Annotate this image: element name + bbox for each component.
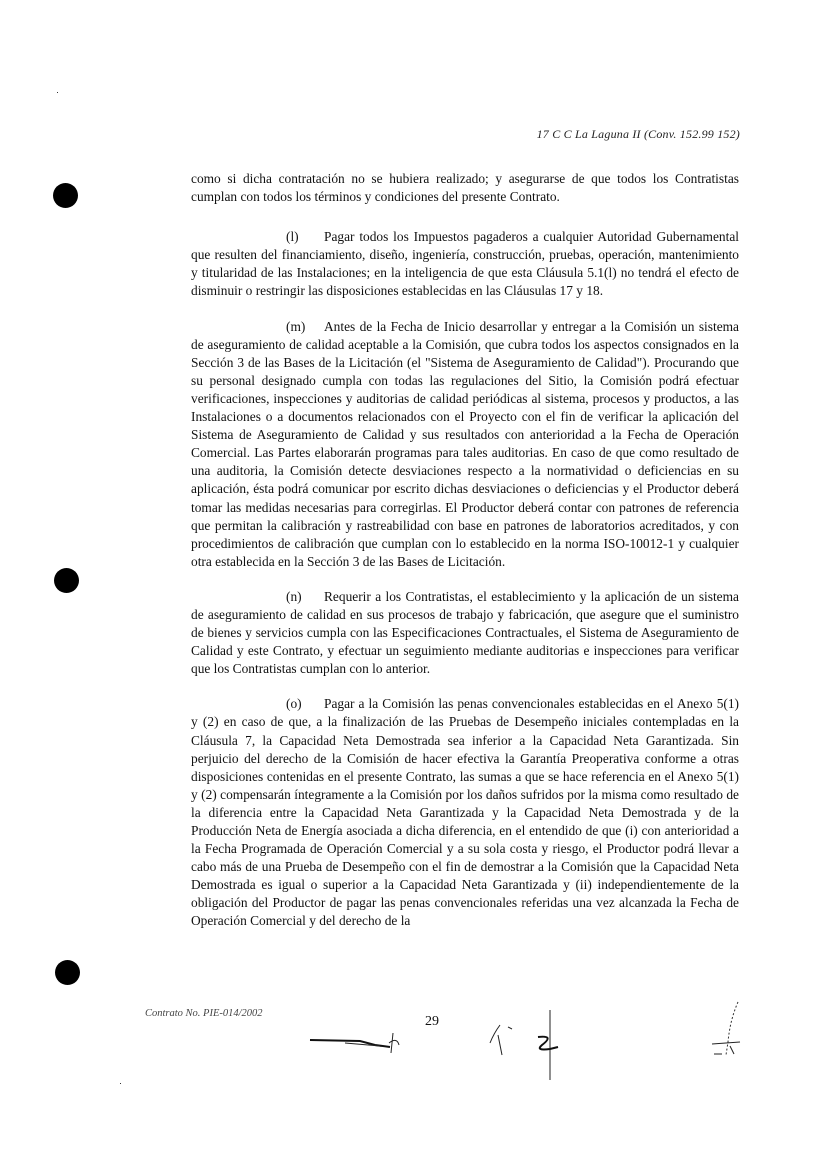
clause-text: Pagar todos los Impuestos pagaderos a cu… (191, 229, 739, 298)
signature-1 (305, 1025, 405, 1060)
signature-3 (700, 1000, 750, 1060)
paragraph-text: como si dicha contratación no se hubiera… (191, 171, 739, 204)
clause-text: Requerir a los Contratistas, el establec… (191, 589, 739, 676)
punch-hole-top (53, 183, 78, 208)
clause-item-m: (m)Antes de la Fecha de Inicio desarroll… (191, 318, 739, 571)
signature-2 (480, 1005, 570, 1080)
header-reference: 17 C C La Laguna II (Conv. 152.99 152) (537, 127, 740, 142)
page-number: 29 (425, 1014, 439, 1030)
clause-label: (m) (286, 318, 324, 336)
document-body: como si dicha contratación no se hubiera… (191, 170, 739, 948)
clause-label: (o) (286, 695, 324, 713)
clause-label: (l) (286, 228, 324, 246)
scan-speck (57, 92, 58, 93)
punch-hole-bottom (55, 960, 80, 985)
punch-hole-middle (54, 568, 79, 593)
clause-label: (n) (286, 588, 324, 606)
clause-text: Pagar a la Comisión las penas convencion… (191, 696, 739, 928)
paragraph-continuation: como si dicha contratación no se hubiera… (191, 170, 739, 206)
clause-text: Antes de la Fecha de Inicio desarrollar … (191, 319, 739, 569)
clause-item-l: (l)Pagar todos los Impuestos pagaderos a… (191, 228, 739, 300)
footer-contract-number: Contrato No. PIE-014/2002 (145, 1008, 263, 1019)
clause-item-n: (n)Requerir a los Contratistas, el estab… (191, 588, 739, 678)
scanned-document-page: 17 C C La Laguna II (Conv. 152.99 152) c… (0, 0, 828, 1169)
clause-item-o: (o)Pagar a la Comisión las penas convenc… (191, 695, 739, 930)
scan-speck (120, 1083, 121, 1084)
